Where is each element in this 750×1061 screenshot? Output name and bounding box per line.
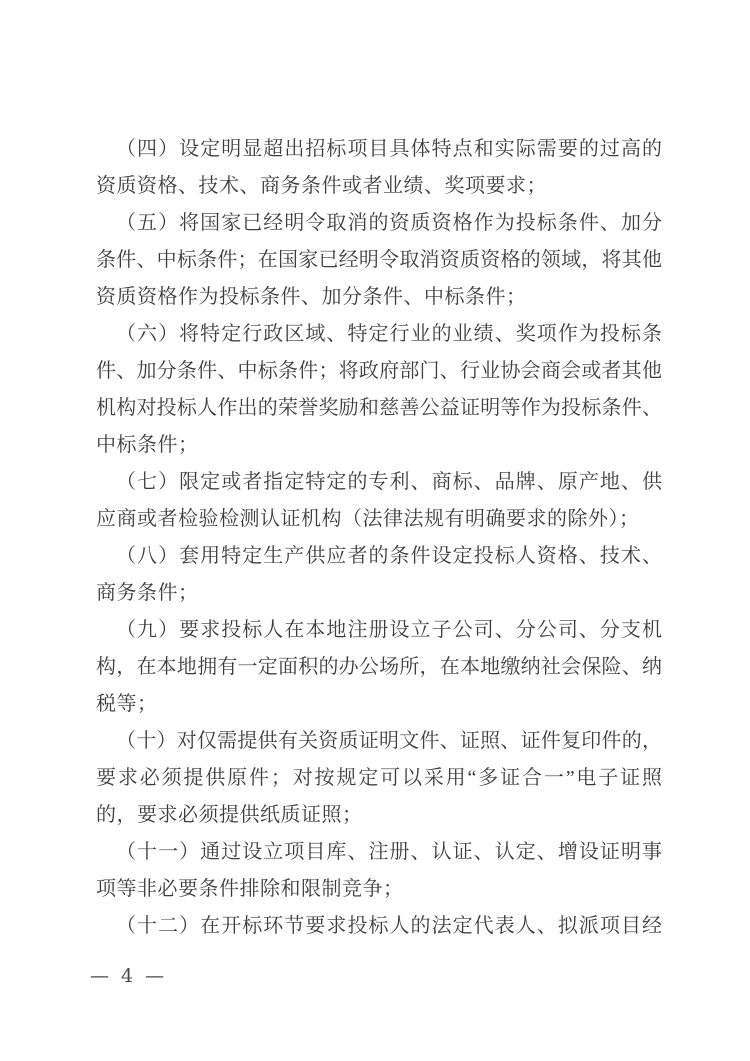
paragraph-line: 要求必须提供原件；对按规定可以采用“多证合一”电子证照 (96, 760, 662, 797)
paragraph-line-clause-11-start: （十一）通过设立项目库、注册、认证、认定、增设证明事 (96, 834, 662, 871)
paragraph-line-clause-5-end: 资质资格作为投标条件、加分条件、中标条件； (96, 279, 662, 316)
paragraph-line-clause-8-end: 商务条件； (96, 575, 662, 612)
paragraph-line: 构，在本地拥有一定面积的办公场所，在本地缴纳社会保险、纳 (96, 649, 662, 686)
paragraph-line-clause-4-end: 资质资格、技术、商务条件或者业绩、奖项要求； (96, 168, 662, 205)
paragraph-line-clause-8-start: （八）套用特定生产供应者的条件设定投标人资格、技术、 (96, 538, 662, 575)
paragraph-line-clause-10-end: 的，要求必须提供纸质证照； (96, 797, 662, 834)
paragraph-line-clause-11-end: 项等非必要条件排除和限制竞争； (96, 871, 662, 908)
paragraph-line: 条件、中标条件；在国家已经明令取消资质资格的领域，将其他 (96, 242, 662, 279)
paragraph-line-clause-7-start: （七）限定或者指定特定的专利、商标、品牌、原产地、供 (96, 464, 662, 501)
paragraph-line-clause-4-start: （四）设定明显超出招标项目具体特点和实际需要的过高的 (96, 131, 662, 168)
document-page: （四）设定明显超出招标项目具体特点和实际需要的过高的 资质资格、技术、商务条件或… (0, 0, 750, 1061)
paragraph-line: 件、加分条件、中标条件；将政府部门、行业协会商会或者其他 (96, 353, 662, 390)
paragraph-line-clause-12-start: （十二）在开标环节要求投标人的法定代表人、拟派项目经 (96, 908, 662, 945)
paragraph-line-clause-10-start: （十）对仅需提供有关资质证明文件、证照、证件复印件的， (96, 723, 662, 760)
paragraph-line-clause-5-start: （五）将国家已经明令取消的资质资格作为投标条件、加分 (96, 205, 662, 242)
document-body: （四）设定明显超出招标项目具体特点和实际需要的过高的 资质资格、技术、商务条件或… (96, 131, 662, 945)
paragraph-line-clause-9-end: 税等； (96, 686, 662, 723)
paragraph-line-clause-6-end: 中标条件； (96, 427, 662, 464)
paragraph-line-clause-7-end: 应商或者检验检测认证机构（法律法规有明确要求的除外）； (96, 501, 662, 538)
paragraph-line: 机构对投标人作出的荣誉奖励和慈善公益证明等作为投标条件、 (96, 390, 662, 427)
page-number: — 4 — (90, 964, 167, 988)
paragraph-line-clause-6-start: （六）将特定行政区域、特定行业的业绩、奖项作为投标条 (96, 316, 662, 353)
paragraph-line-clause-9-start: （九）要求投标人在本地注册设立子公司、分公司、分支机 (96, 612, 662, 649)
